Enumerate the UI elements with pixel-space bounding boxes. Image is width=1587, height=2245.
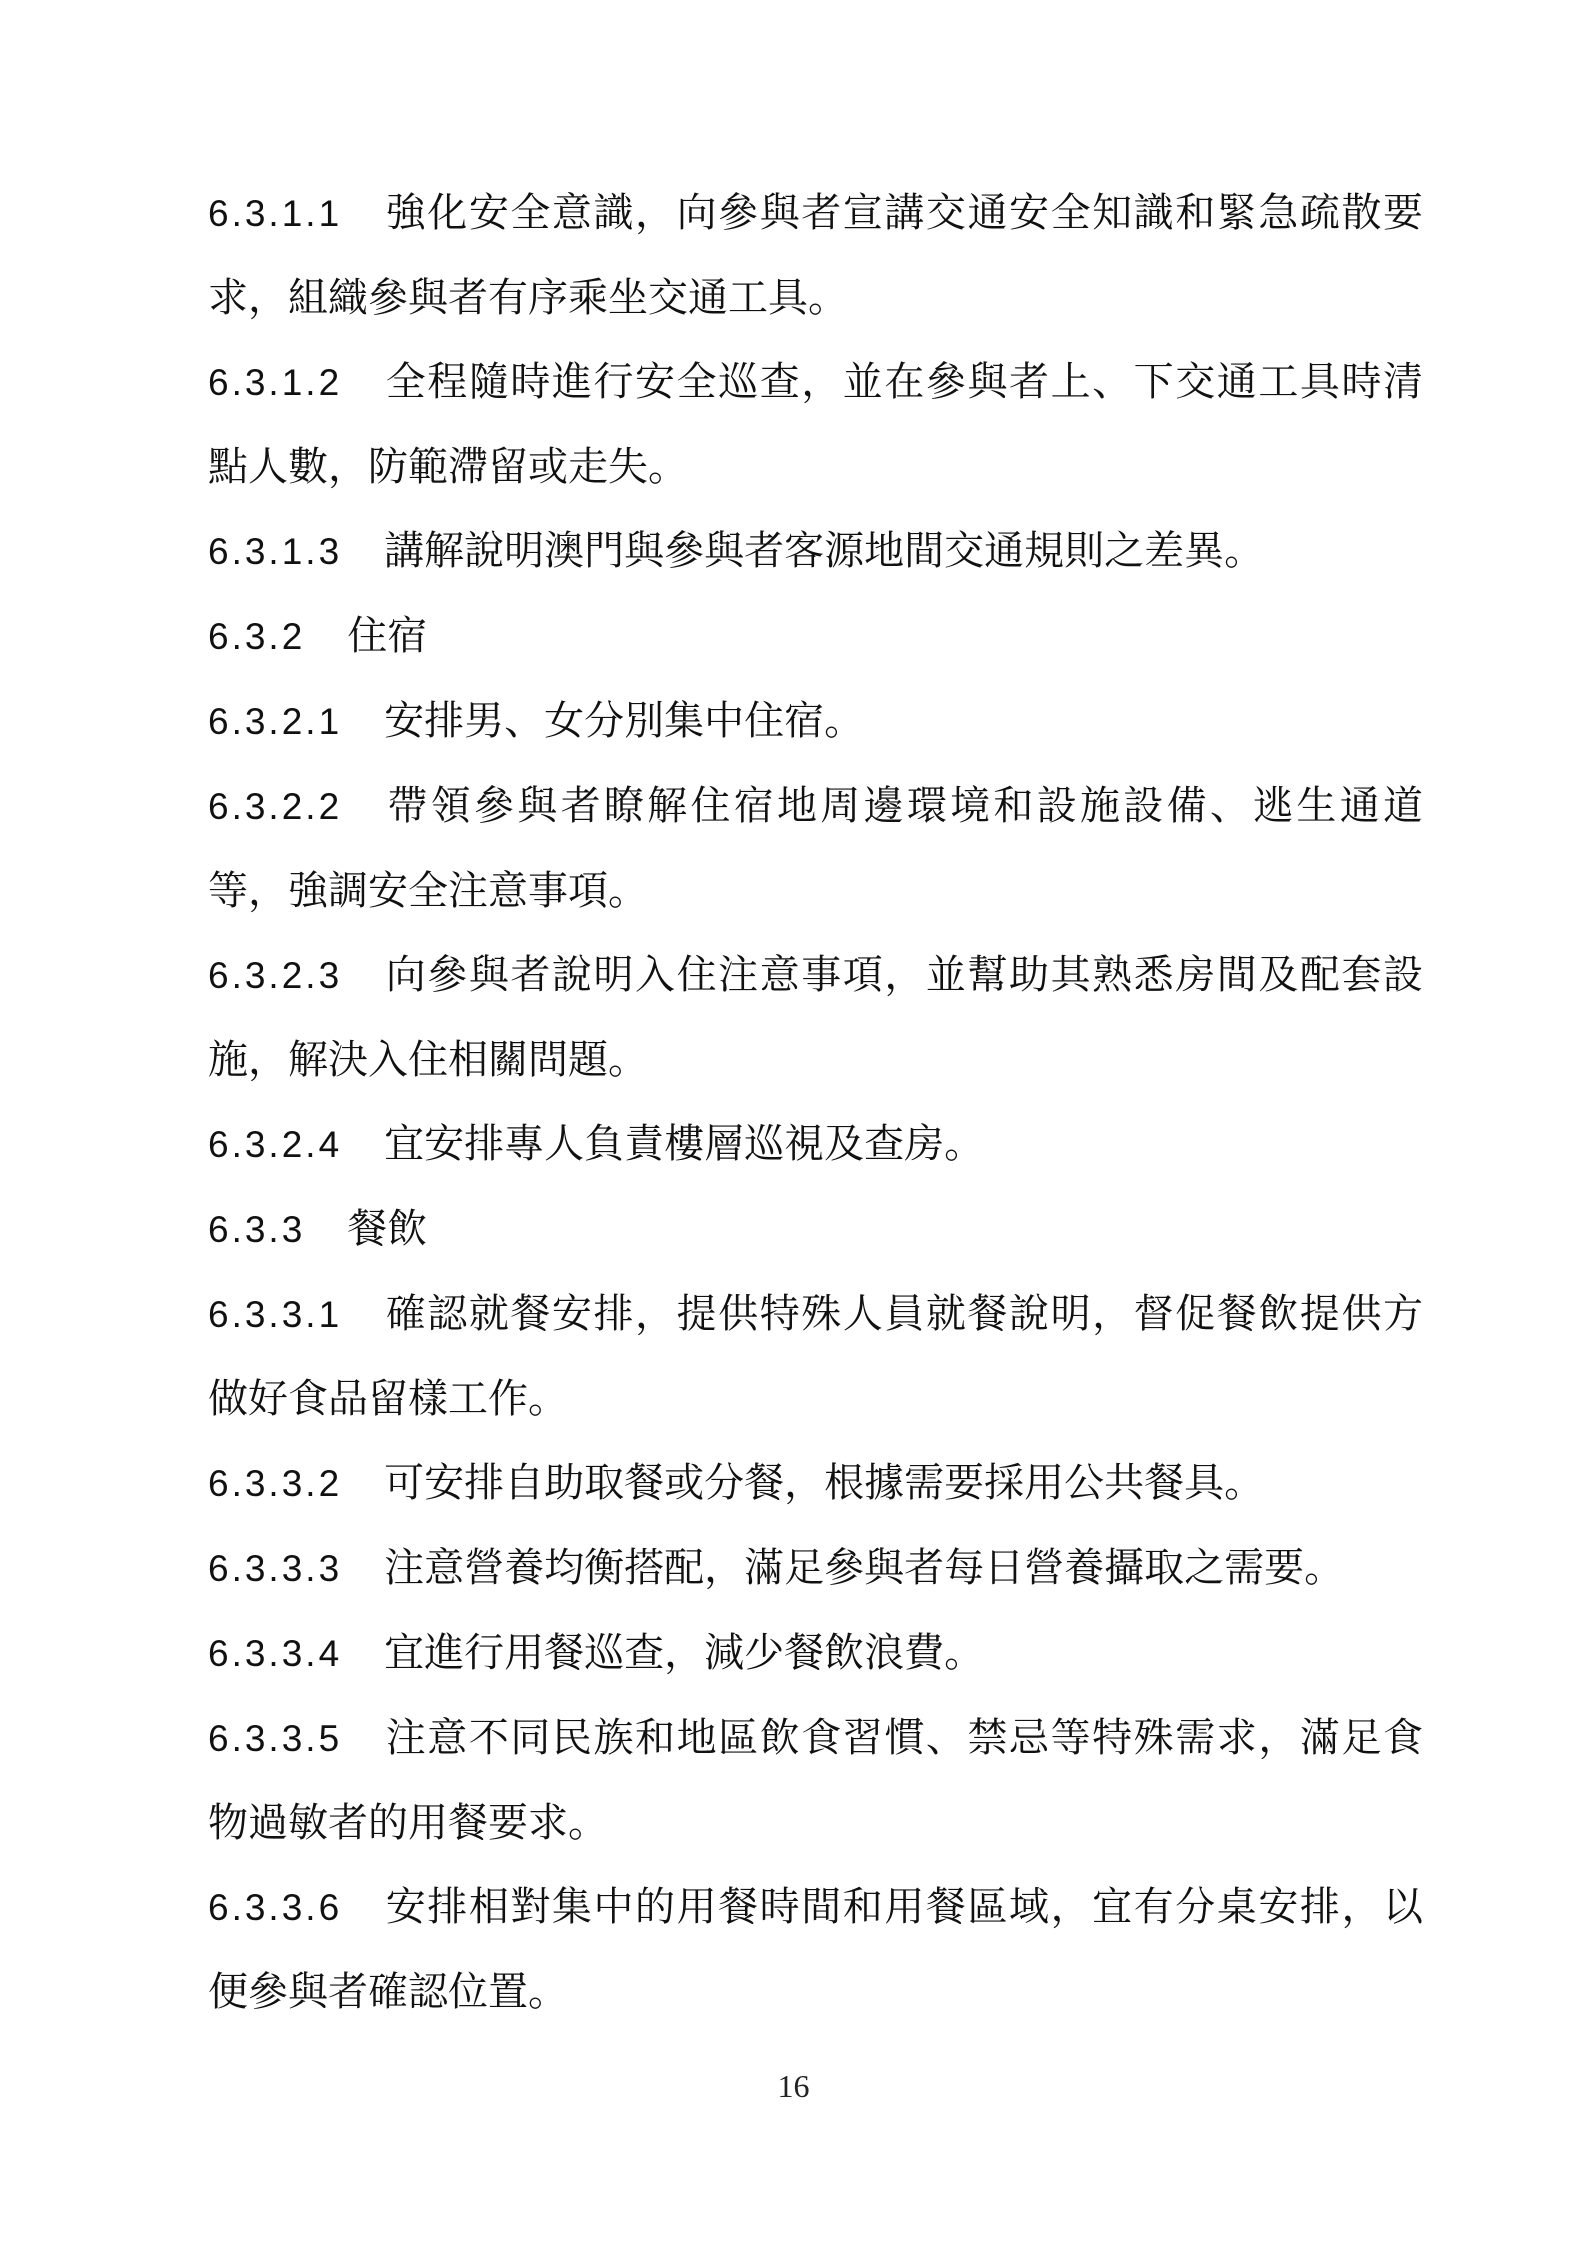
- section-text: 注意營養均衡搭配，滿足參與者每日營養攝取之需要。: [384, 1545, 1344, 1590]
- section-item: 6.3.3.6安排相對集中的用餐時間和用餐區域，宜有分桌安排，以便參與者確認位置…: [208, 1865, 1423, 2034]
- section-heading: 6.3.3餐飲: [208, 1187, 1423, 1272]
- section-number: 6.3.3.5: [208, 1718, 342, 1759]
- section-text: 安排男、女分別集中住宿。: [384, 698, 864, 743]
- section-item: 6.3.1.1強化安全意識，向參與者宣講交通安全知識和緊急疏散要求，組織參與者有…: [208, 171, 1423, 340]
- section-number: 6.3.3.2: [208, 1463, 342, 1504]
- section-item: 6.3.3.1確認就餐安排，提供特殊人員就餐說明，督促餐飲提供方做好食品留樣工作…: [208, 1272, 1423, 1441]
- section-text: 全程隨時進行安全巡查，並在參與者上、下交通工具時清點人數，防範滯留或走失。: [208, 359, 1423, 489]
- section-text: 住宿: [347, 613, 427, 658]
- section-text: 向參與者說明入住注意事項，並幫助其熟悉房間及配套設施，解決入住相關問題。: [208, 952, 1423, 1082]
- section-text: 講解說明澳門與參與者客源地間交通規則之差異。: [384, 528, 1264, 573]
- section-number: 6.3.3.3: [208, 1548, 342, 1589]
- section-number: 6.3.1.3: [208, 531, 342, 572]
- section-text: 宜進行用餐巡查，減少餐飲浪費。: [384, 1630, 984, 1675]
- section-item: 6.3.2.4宜安排專人負責樓層巡視及查房。: [208, 1102, 1423, 1187]
- section-item: 6.3.2.3向參與者說明入住注意事項，並幫助其熟悉房間及配套設施，解決入住相關…: [208, 933, 1423, 1102]
- section-item: 6.3.2.1安排男、女分別集中住宿。: [208, 679, 1423, 764]
- section-text: 可安排自助取餐或分餐，根據需要採用公共餐具。: [384, 1460, 1264, 1505]
- section-item: 6.3.1.2全程隨時進行安全巡查，並在參與者上、下交通工具時清點人數，防範滯留…: [208, 340, 1423, 509]
- document-body: 6.3.1.1強化安全意識，向參與者宣講交通安全知識和緊急疏散要求，組織參與者有…: [208, 171, 1423, 2034]
- section-text: 餐飲: [347, 1206, 427, 1251]
- section-item: 6.3.1.3講解說明澳門與參與者客源地間交通規則之差異。: [208, 509, 1423, 594]
- section-text: 確認就餐安排，提供特殊人員就餐說明，督促餐飲提供方做好食品留樣工作。: [208, 1291, 1423, 1421]
- section-number: 6.3.1.2: [208, 362, 342, 403]
- section-number: 6.3.2.2: [208, 786, 342, 827]
- section-number: 6.3.2: [208, 616, 305, 657]
- section-number: 6.3.2.4: [208, 1124, 342, 1165]
- page-number: 16: [0, 2062, 1587, 2110]
- section-item: 6.3.2.2帶領參與者瞭解住宿地周邊環境和設施設備、逃生通道等，強調安全注意事…: [208, 764, 1423, 933]
- section-text: 帶領參與者瞭解住宿地周邊環境和設施設備、逃生通道等，強調安全注意事項。: [208, 783, 1423, 913]
- section-number: 6.3.3.4: [208, 1633, 342, 1674]
- section-text: 強化安全意識，向參與者宣講交通安全知識和緊急疏散要求，組織參與者有序乘坐交通工具…: [208, 190, 1423, 320]
- section-number: 6.3.3.1: [208, 1294, 342, 1335]
- section-text: 注意不同民族和地區飲食習慣、禁忌等特殊需求，滿足食物過敏者的用餐要求。: [208, 1715, 1423, 1845]
- section-text: 安排相對集中的用餐時間和用餐區域，宜有分桌安排，以便參與者確認位置。: [208, 1884, 1423, 2014]
- section-item: 6.3.3.4宜進行用餐巡查，減少餐飲浪費。: [208, 1611, 1423, 1696]
- section-text: 宜安排專人負責樓層巡視及查房。: [384, 1121, 984, 1166]
- section-number: 6.3.2.3: [208, 955, 342, 996]
- section-number: 6.3.2.1: [208, 701, 342, 742]
- section-item: 6.3.3.2可安排自助取餐或分餐，根據需要採用公共餐具。: [208, 1441, 1423, 1526]
- section-item: 6.3.3.3注意營養均衡搭配，滿足參與者每日營養攝取之需要。: [208, 1526, 1423, 1611]
- section-number: 6.3.3: [208, 1209, 305, 1250]
- section-heading: 6.3.2住宿: [208, 594, 1423, 679]
- section-item: 6.3.3.5注意不同民族和地區飲食習慣、禁忌等特殊需求，滿足食物過敏者的用餐要…: [208, 1696, 1423, 1865]
- section-number: 6.3.1.1: [208, 193, 342, 234]
- section-number: 6.3.3.6: [208, 1887, 342, 1928]
- document-page: 6.3.1.1強化安全意識，向參與者宣講交通安全知識和緊急疏散要求，組織參與者有…: [0, 0, 1587, 2245]
